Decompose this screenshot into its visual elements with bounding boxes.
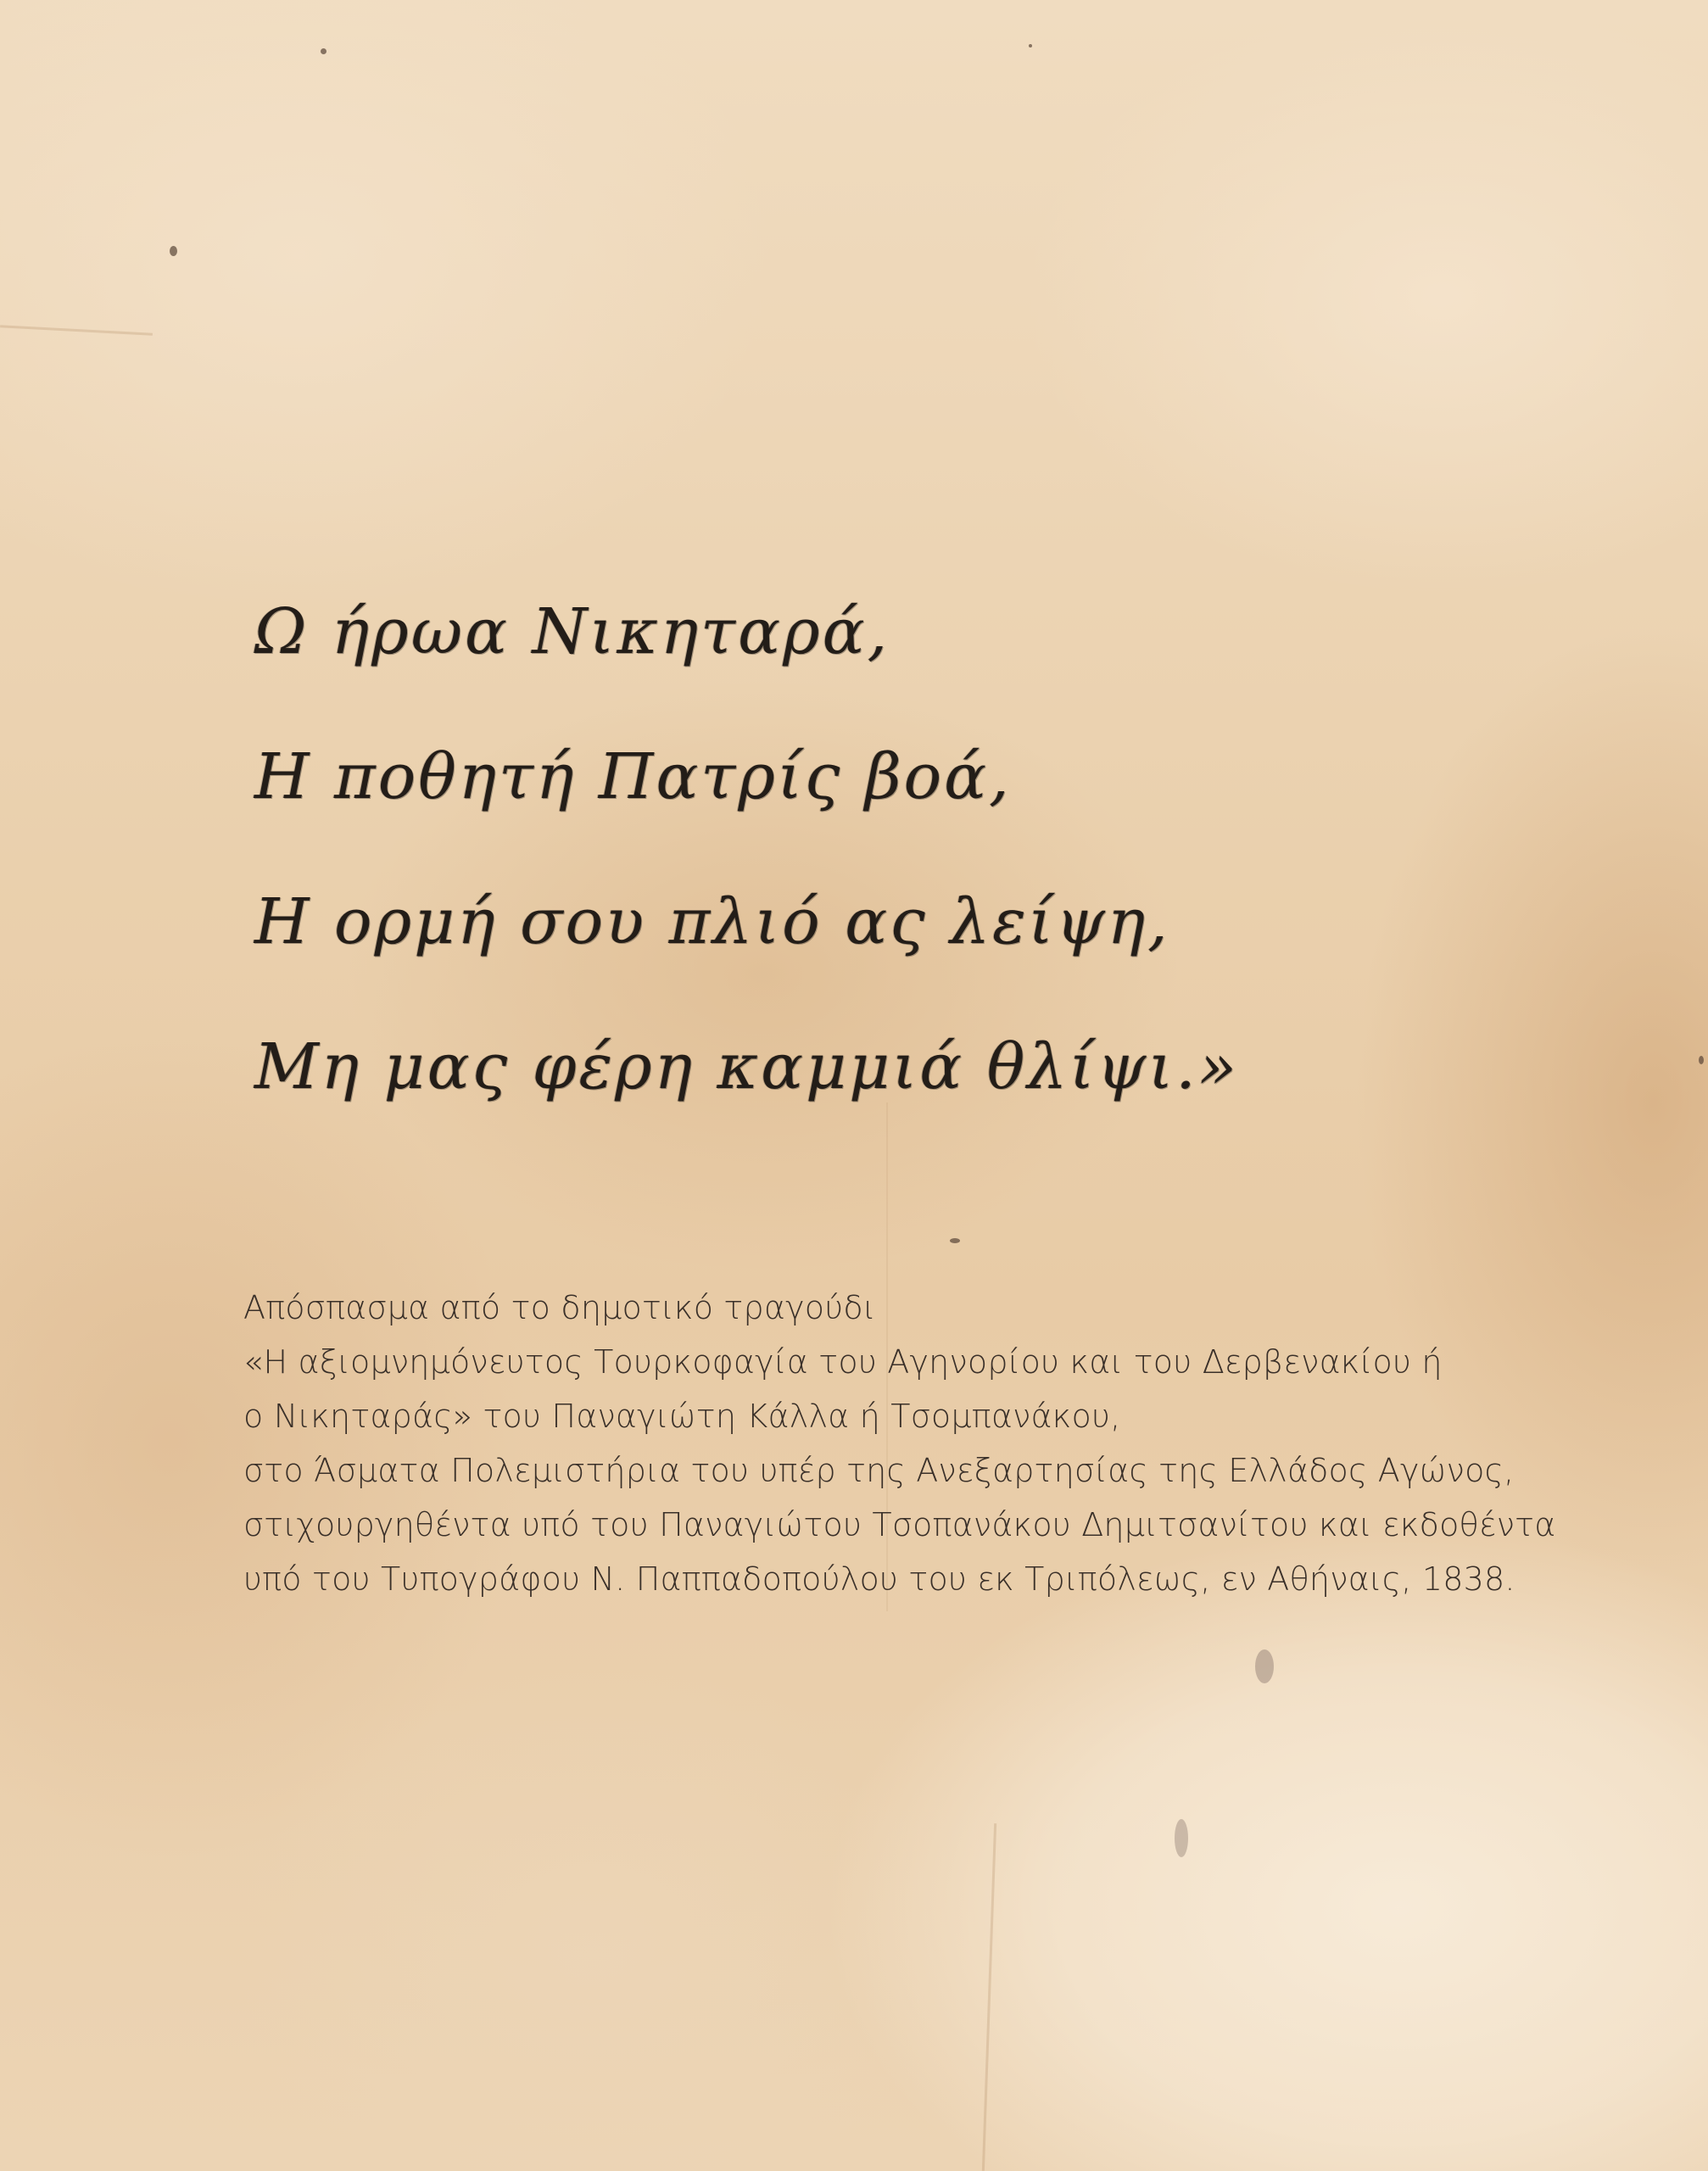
paper-speck: [170, 246, 177, 256]
paper-speck: [1029, 44, 1032, 47]
paper-speck: [1699, 1056, 1704, 1064]
poem-line: Η ορμή σου πλιό ας λείψη,: [254, 850, 1239, 995]
poem-line: Ω ήρωα Νικηταρά,: [254, 560, 1239, 705]
citation-line: Απόσπασμα από το δημοτικό τραγούδι: [243, 1281, 1556, 1335]
citation-line: στιχουργηθέντα υπό του Παναγιώτου Τσοπαν…: [243, 1498, 1556, 1552]
source-citation: Απόσπασμα από το δημοτικό τραγούδι «Η αξ…: [243, 1281, 1556, 1606]
paper-crease: [982, 1823, 996, 2171]
paper-speck: [1255, 1649, 1274, 1683]
paper-speck: [1175, 1819, 1188, 1857]
paper-speck: [321, 48, 327, 54]
paper-crease: [0, 325, 153, 335]
paper-speck: [950, 1238, 960, 1243]
citation-line: ο Νικηταράς» του Παναγιώτη Κάλλα ή Τσομπ…: [243, 1389, 1556, 1443]
citation-line: υπό του Τυπογράφου Ν. Παππαδοπούλου του …: [243, 1552, 1556, 1606]
citation-line: «Η αξιομνημόνευτος Τουρκοφαγία του Αγηνο…: [243, 1335, 1556, 1389]
poem-verse: Ω ήρωα Νικηταρά, Η ποθητή Πατρίς βοά, Η …: [254, 560, 1239, 1140]
poem-line: Μη μας φέρη καμμιά θλίψι.»: [254, 995, 1239, 1140]
poem-line: Η ποθητή Πατρίς βοά,: [254, 705, 1239, 850]
citation-line: στο Άσματα Πολεμιστήρια του υπέρ της Ανε…: [243, 1443, 1556, 1498]
